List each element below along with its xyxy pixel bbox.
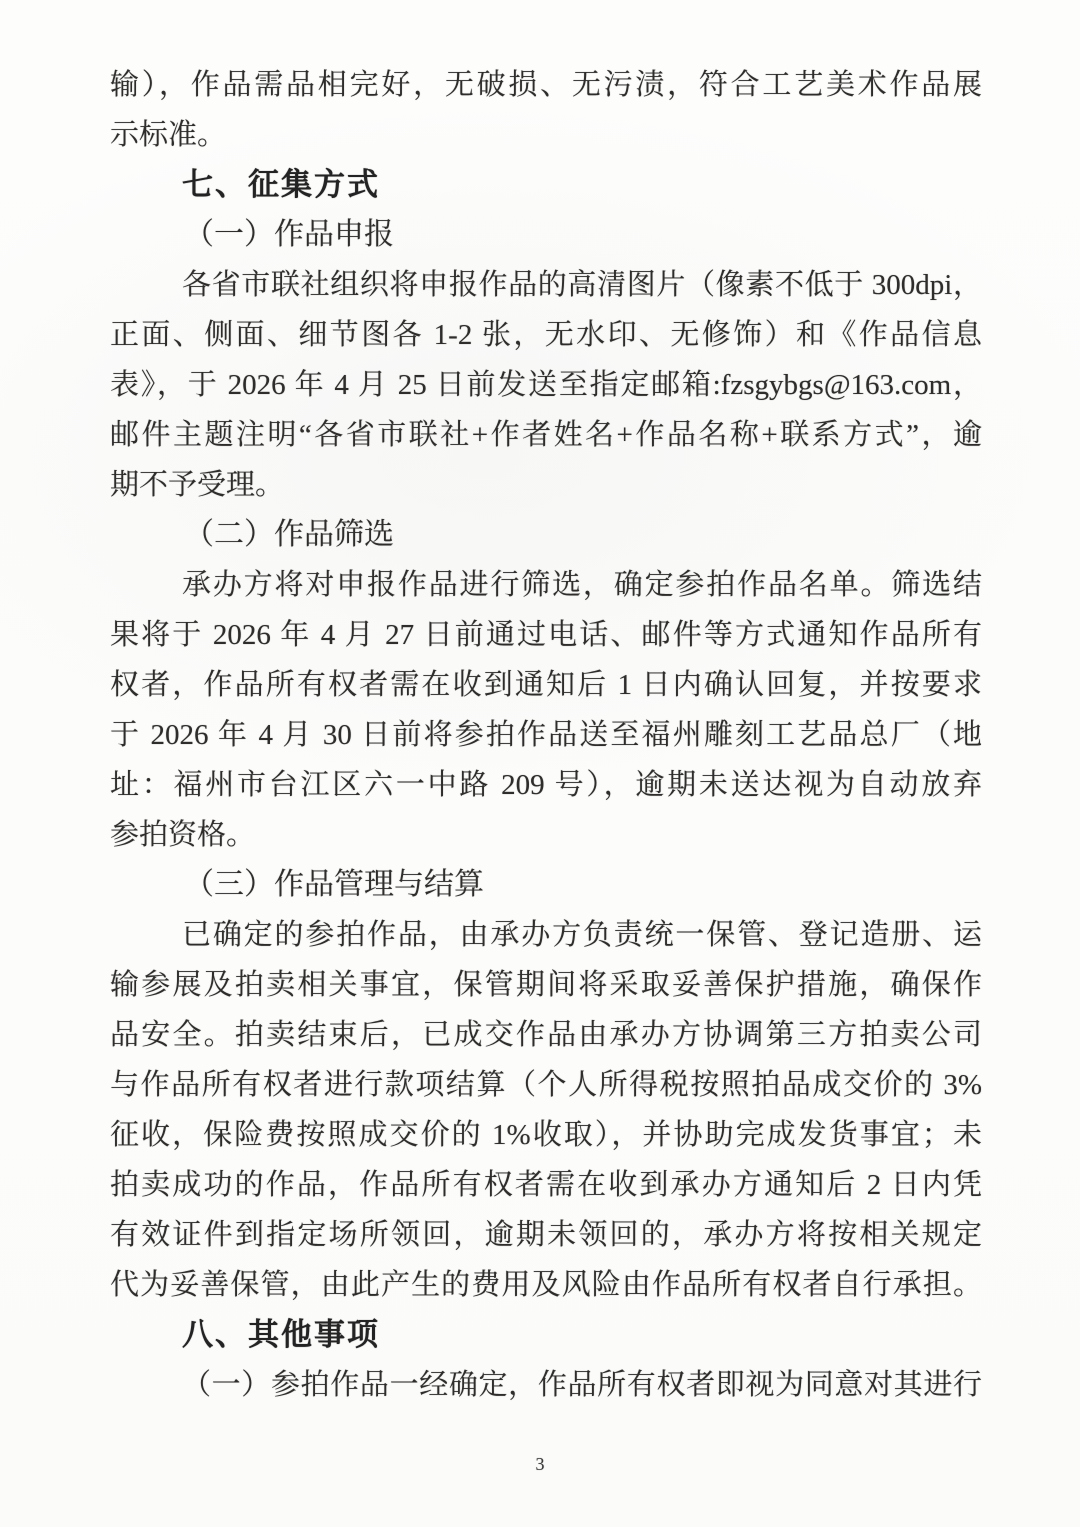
text-line: 输参展及拍卖相关事宜，保管期间将采取妥善保护措施，确保作 <box>110 960 982 1010</box>
text-line: 代为妥善保管，由此产生的费用及风险由作品所有权者自行承担。 <box>110 1260 982 1310</box>
text-line: 拍卖成功的作品，作品所有权者需在收到承办方通知后 2 日内凭 <box>110 1160 982 1210</box>
text-line: （一）作品申报 <box>110 210 982 260</box>
text-line: 八、其他事项 <box>110 1310 982 1360</box>
text-line: 果将于 2026 年 4 月 27 日前通过电话、邮件等方式通知作品所有 <box>110 610 982 660</box>
text-line: 品安全。拍卖结束后，已成交作品由承办方协调第三方拍卖公司 <box>110 1010 982 1060</box>
page-number: 3 <box>0 1454 1080 1475</box>
text-line: （一）参拍作品一经确定，作品所有权者即视为同意对其进行 <box>110 1360 982 1410</box>
document-page: 输），作品需品相完好，无破损、无污渍，符合工艺美术作品展示标准。七、征集方式（一… <box>0 0 1080 1527</box>
text-line: 表》，于 2026 年 4 月 25 日前发送至指定邮箱:fzsgybgs@16… <box>110 360 982 410</box>
text-line: 有效证件到指定场所领回，逾期未领回的，承办方将按相关规定 <box>110 1210 982 1260</box>
text-line: 参拍资格。 <box>110 810 982 860</box>
text-line: （二）作品筛选 <box>110 510 982 560</box>
text-line: 各省市联社组织将申报作品的高清图片（像素不低于 300dpi， <box>110 260 982 310</box>
text-line: 输），作品需品相完好，无破损、无污渍，符合工艺美术作品展 <box>110 60 982 110</box>
text-line: 期不予受理。 <box>110 460 982 510</box>
text-line: 址：福州市台江区六一中路 209 号），逾期未送达视为自动放弃 <box>110 760 982 810</box>
text-line: 已确定的参拍作品，由承办方负责统一保管、登记造册、运 <box>110 910 982 960</box>
text-line: 于 2026 年 4 月 30 日前将参拍作品送至福州雕刻工艺品总厂（地 <box>110 710 982 760</box>
text-line: 邮件主题注明“各省市联社+作者姓名+作品名称+联系方式”，逾 <box>110 410 982 460</box>
text-line: 征收，保险费按照成交价的 1%收取），并协助完成发货事宜；未 <box>110 1110 982 1160</box>
text-line: 示标准。 <box>110 110 982 160</box>
text-line: （三）作品管理与结算 <box>110 860 982 910</box>
text-line: 承办方将对申报作品进行筛选，确定参拍作品名单。筛选结 <box>110 560 982 610</box>
text-line: 七、征集方式 <box>110 160 982 210</box>
document-text-block: 输），作品需品相完好，无破损、无污渍，符合工艺美术作品展示标准。七、征集方式（一… <box>110 60 982 1410</box>
text-line: 正面、侧面、细节图各 1-2 张，无水印、无修饰）和《作品信息 <box>110 310 982 360</box>
text-line: 权者，作品所有权者需在收到通知后 1 日内确认回复，并按要求 <box>110 660 982 710</box>
text-line: 与作品所有权者进行款项结算（个人所得税按照拍品成交价的 3% <box>110 1060 982 1110</box>
